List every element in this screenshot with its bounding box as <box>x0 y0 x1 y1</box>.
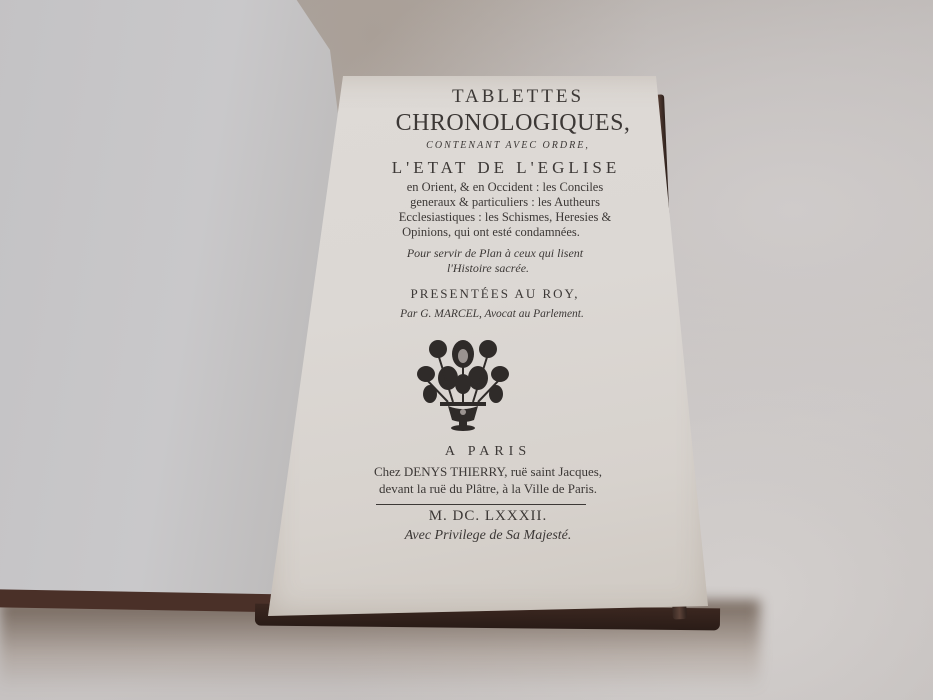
address-line: devant la ruë du Plâtre, à la Ville de P… <box>268 481 708 497</box>
publication-year: M. DC. LXXXII. <box>268 508 708 525</box>
royal-privilege: Avec Privilege de Sa Majesté. <box>268 528 708 544</box>
flower-vase-ornament-icon <box>408 334 518 434</box>
printer-line: Chez DENYS THIERRY, ruë saint Jacques, <box>268 464 708 480</box>
presented-to-king: PRESENTÉES AU ROY, <box>268 286 708 302</box>
divider-rule <box>376 504 586 505</box>
purpose-line: l'Histoire sacrée. <box>268 261 708 276</box>
subtitle: CONTENANT AVEC ORDRE, <box>268 140 708 151</box>
purpose-line: Pour servir de Plan à ceux qui lisent <box>268 246 708 261</box>
description-line: Ecclesiastiques : les Schismes, Heresies… <box>268 210 708 225</box>
title-page: TABLETTES CHRONOLOGIQUES, CONTENANT AVEC… <box>268 76 708 616</box>
description-line: generaux & particuliers : les Autheurs <box>268 195 708 210</box>
description-line: Opinions, qui ont esté condamnées. <box>268 225 708 240</box>
title-line-3: L'ETAT DE L'EGLISE <box>268 158 708 178</box>
place-of-publication: A PARIS <box>268 444 708 460</box>
author-line: Par G. MARCEL, Avocat au Parlement. <box>268 308 708 320</box>
description-line: en Orient, & en Occident : les Conciles <box>268 180 708 195</box>
